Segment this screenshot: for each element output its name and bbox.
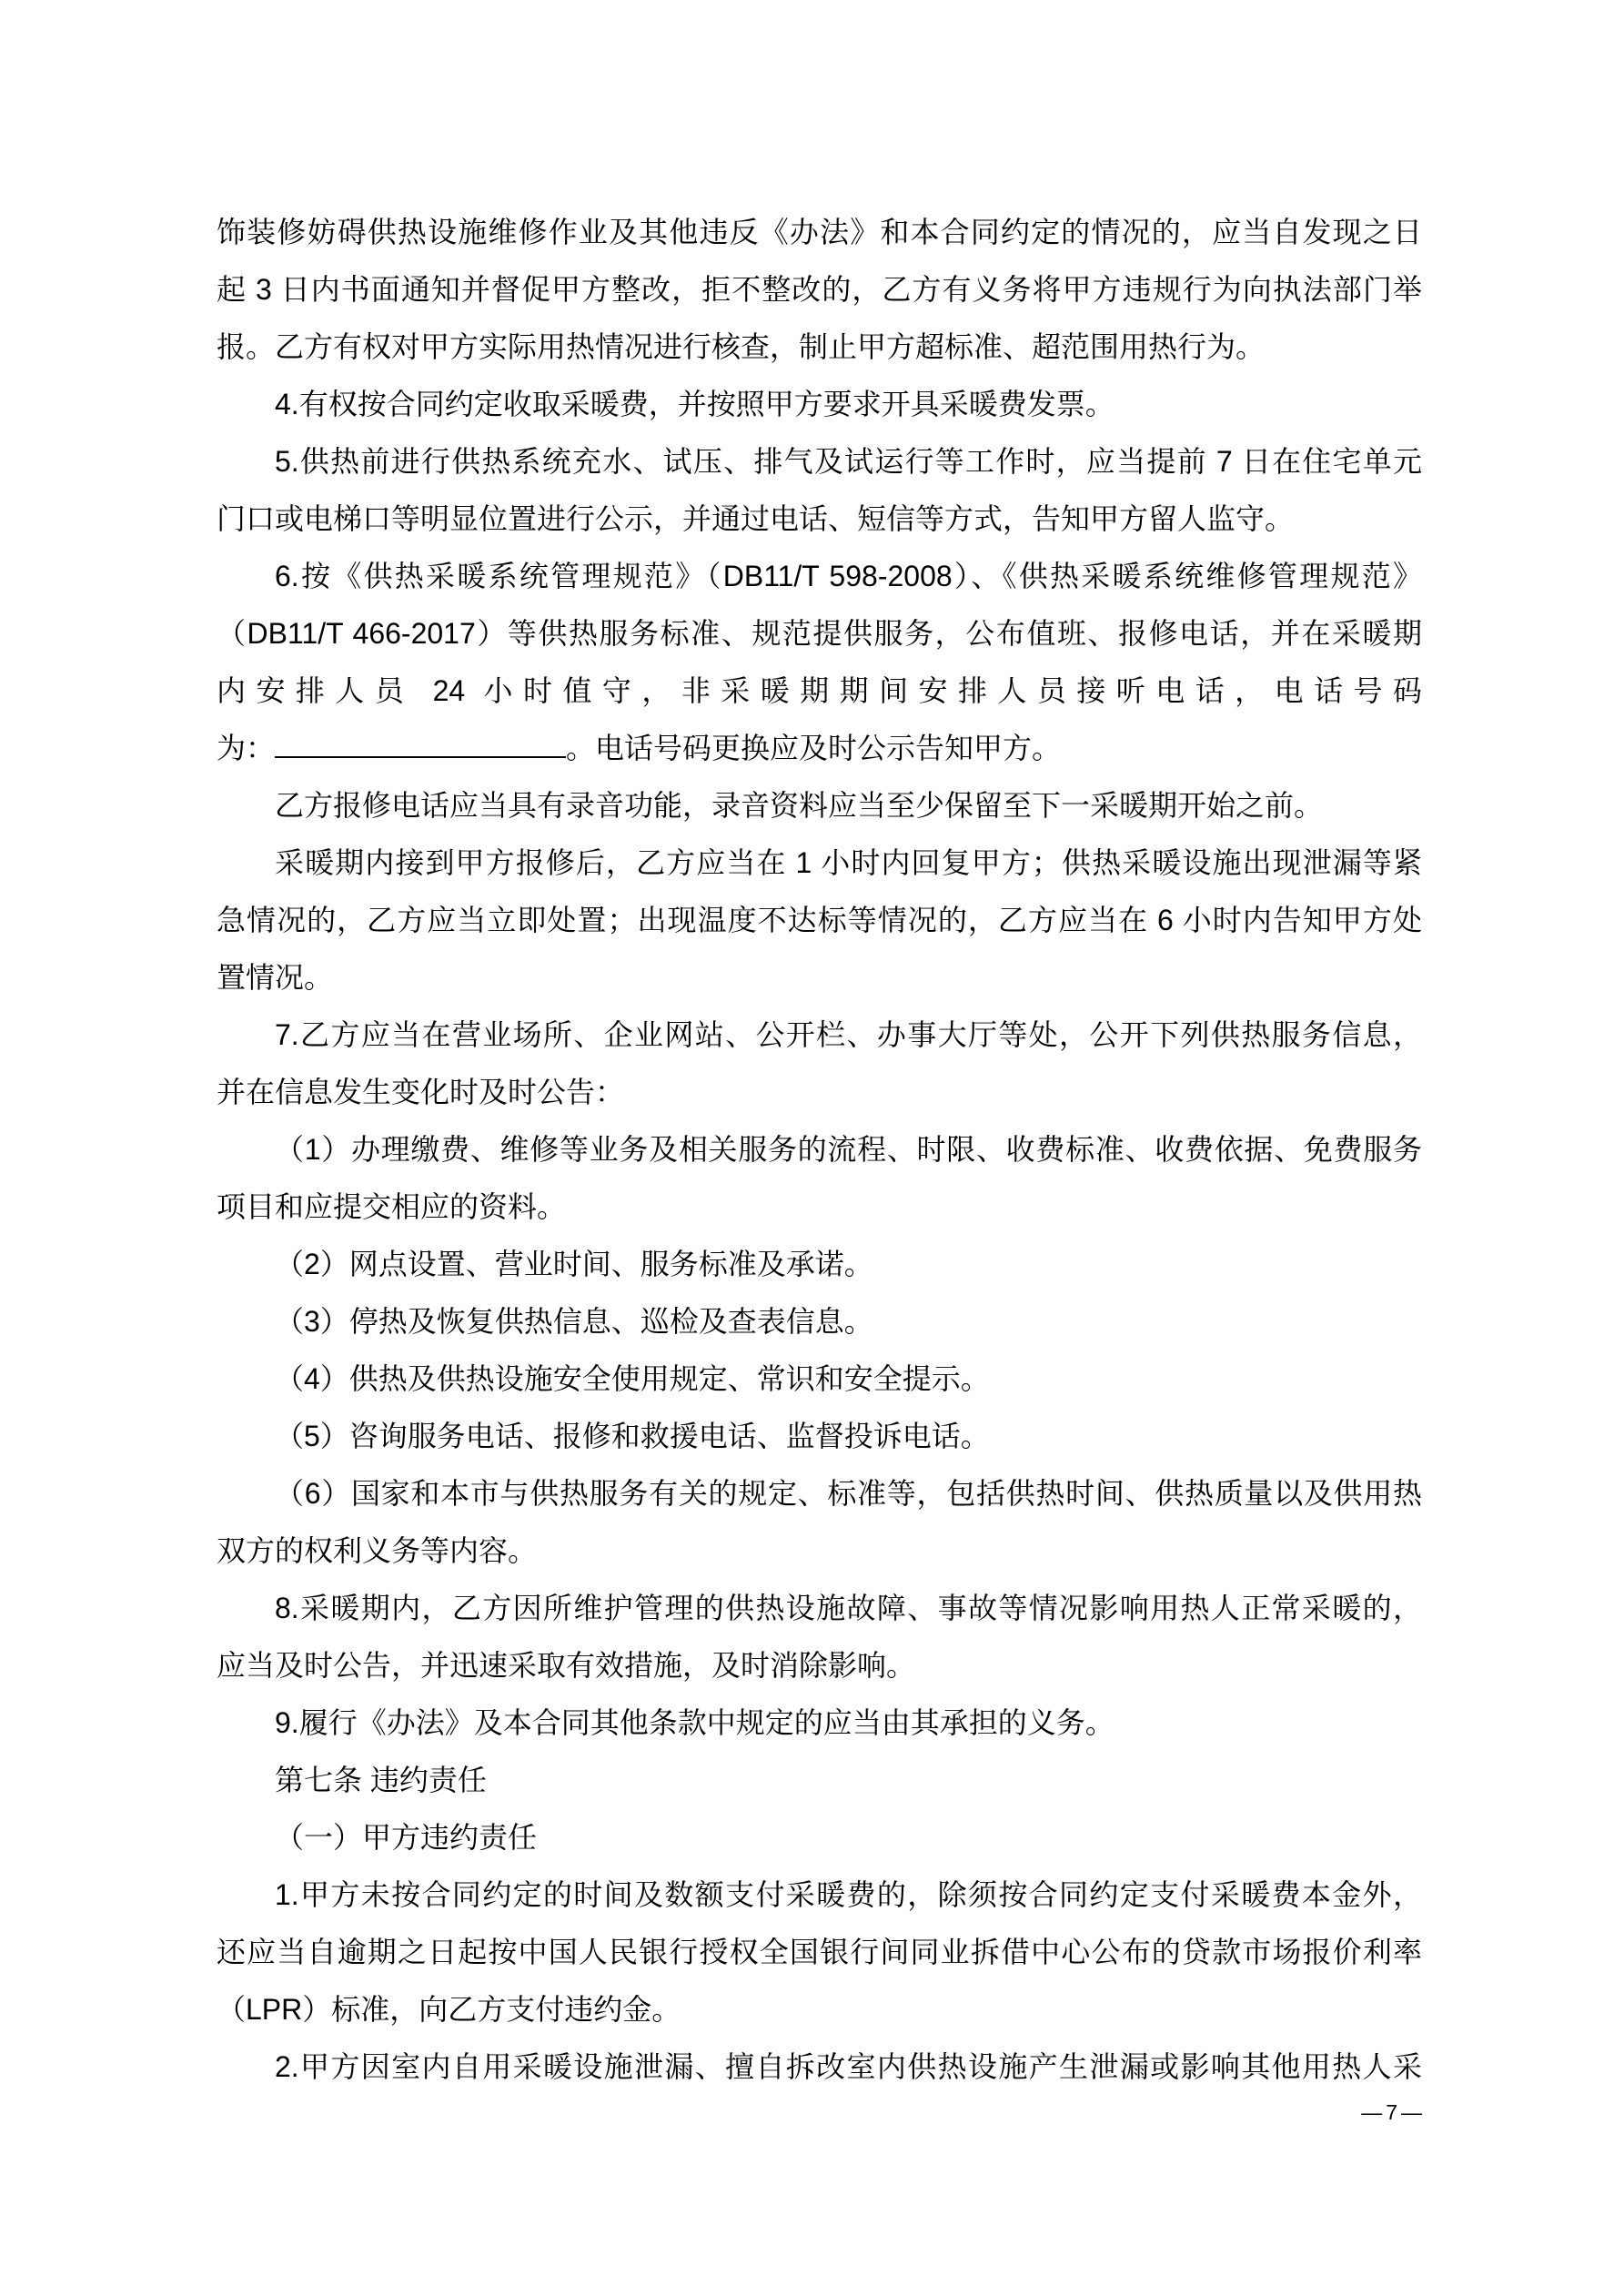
text-line: 双方的权利义务等内容。: [217, 1522, 1422, 1580]
text-line: （1）办理缴费、维修等业务及相关服务的流程、时限、收费标准、收费依据、免费服务: [217, 1121, 1422, 1178]
text-line: 2.甲方因室内自用采暖设施泄漏、擅自拆改室内供热设施产生泄漏或影响其他用热人采: [217, 2038, 1422, 2096]
line-text: 为：: [217, 732, 275, 764]
text-line: （一）甲方违约责任: [217, 1809, 1422, 1866]
text-line: 4.有权按合同约定收取采暖费，并按照甲方要求开具采暖费发票。: [217, 376, 1422, 433]
contract-page: 饰装修妨碍供热设施维修作业及其他违反《办法》和本合同约定的情况的，应当自发现之日…: [0, 0, 1624, 2296]
text-line: （4）供热及供热设施安全使用规定、常识和安全提示。: [217, 1350, 1422, 1408]
text-line: 采暖期内接到甲方报修后，乙方应当在 1 小时内回复甲方；供热采暖设施出现泄漏等紧: [217, 834, 1422, 892]
text-line: （DB11/T 466-2017）等供热服务标准、规范提供服务，公布值班、报修电…: [217, 605, 1422, 663]
text-line: （3）停热及恢复供热信息、巡检及查表信息。: [217, 1293, 1422, 1350]
text-line: 门口或电梯口等明显位置进行公示，并通过电话、短信等方式，告知甲方留人监守。: [217, 491, 1422, 548]
text-line: 起 3 日内书面通知并督促甲方整改，拒不整改的，乙方有义务将甲方违规行为向执法部…: [217, 261, 1422, 319]
text-line: （LPR）标准，向乙方支付违约金。: [217, 1981, 1422, 2038]
text-line: （6）国家和本市与供热服务有关的规定、标准等，包括供热时间、供热质量以及供用热: [217, 1465, 1422, 1522]
text-line: 内安排人员 24 小时值守，非采暖期期间安排人员接听电话，电话号码: [217, 663, 1422, 720]
fill-in-blank-underline: [275, 725, 566, 758]
page-number: —7—: [1361, 2099, 1426, 2126]
text-line: 为：。电话号码更换应及时公示告知甲方。: [217, 720, 1422, 777]
text-line: 8.采暖期内，乙方因所维护管理的供热设施故障、事故等情况影响用热人正常采暖的，: [217, 1580, 1422, 1637]
text-line: （5）咨询服务电话、报修和救援电话、监督投诉电话。: [217, 1408, 1422, 1465]
text-line: 还应当自逾期之日起按中国人民银行授权全国银行间同业拆借中心公布的贷款市场报价利率: [217, 1924, 1422, 1981]
text-line: 乙方报修电话应当具有录音功能，录音资料应当至少保留至下一采暖期开始之前。: [217, 777, 1422, 834]
text-line: 报。乙方有权对甲方实际用热情况进行核查，制止甲方超标准、超范围用热行为。: [217, 319, 1422, 376]
text-line: 6.按《供热采暖系统管理规范》（DB11/T 598-2008）、《供热采暖系统…: [217, 548, 1422, 605]
text-line: 置情况。: [217, 949, 1422, 1006]
text-line: 饰装修妨碍供热设施维修作业及其他违反《办法》和本合同约定的情况的，应当自发现之日: [217, 204, 1422, 261]
text-line: （2）网点设置、营业时间、服务标准及承诺。: [217, 1236, 1422, 1293]
text-line: 应当及时公告，并迅速采取有效措施，及时消除影响。: [217, 1637, 1422, 1694]
text-line: 9.履行《办法》及本合同其他条款中规定的应当由其承担的义务。: [217, 1694, 1422, 1752]
document-body: 饰装修妨碍供热设施维修作业及其他违反《办法》和本合同约定的情况的，应当自发现之日…: [217, 204, 1422, 2096]
text-line: 1.甲方未按合同约定的时间及数额支付采暖费的，除须按合同约定支付采暖费本金外，: [217, 1866, 1422, 1924]
text-line: 7.乙方应当在营业场所、企业网站、公开栏、办事大厅等处，公开下列供热服务信息，: [217, 1006, 1422, 1064]
text-line: 5.供热前进行供热系统充水、试压、排气及试运行等工作时，应当提前 7 日在住宅单…: [217, 433, 1422, 491]
text-line: 急情况的，乙方应当立即处置；出现温度不达标等情况的，乙方应当在 6 小时内告知甲…: [217, 892, 1422, 949]
text-line: 第七条 违约责任: [217, 1752, 1422, 1809]
text-line: 项目和应提交相应的资料。: [217, 1178, 1422, 1236]
text-line: 并在信息发生变化时及时公告：: [217, 1064, 1422, 1121]
line-text: 。电话号码更换应及时公示告知甲方。: [566, 732, 1061, 764]
